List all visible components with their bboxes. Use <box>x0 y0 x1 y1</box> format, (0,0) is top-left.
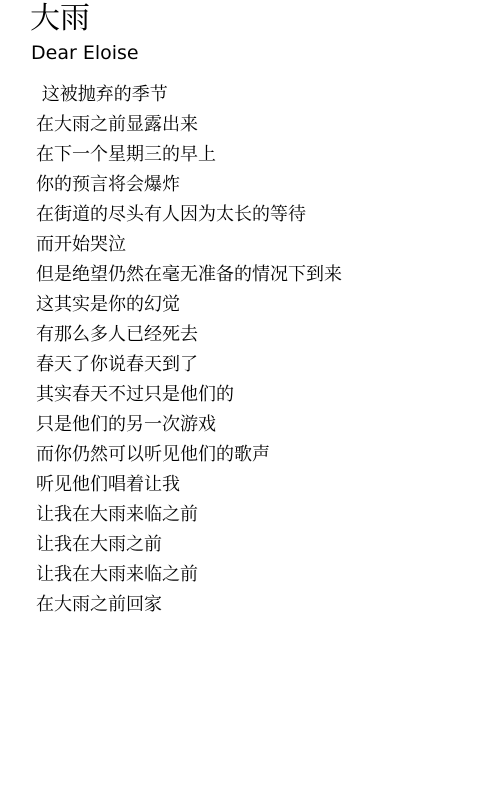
lyric-line: 而开始哭泣 <box>36 230 342 260</box>
lyric-line: 其实春天不过只是他们的 <box>36 380 342 410</box>
lyric-line: 让我在大雨之前 <box>36 530 342 560</box>
lyric-line: 这被抛弃的季节 <box>36 80 342 110</box>
lyric-line: 只是他们的另一次游戏 <box>36 410 342 440</box>
lyric-line: 让我在大雨来临之前 <box>36 560 342 590</box>
lyric-line: 在街道的尽头有人因为太长的等待 <box>36 200 342 230</box>
lyric-line: 在大雨之前回家 <box>36 590 342 620</box>
lyric-line: 但是绝望仍然在毫无准备的情况下到来 <box>36 260 342 290</box>
artist-name: Dear Eloise <box>31 41 139 65</box>
lyric-line: 在下一个星期三的早上 <box>36 140 342 170</box>
lyric-line: 你的预言将会爆炸 <box>36 170 342 200</box>
lyric-line: 听见他们唱着让我 <box>36 470 342 500</box>
lyric-line: 在大雨之前显露出来 <box>36 110 342 140</box>
lyric-line: 让我在大雨来临之前 <box>36 500 342 530</box>
lyric-line: 这其实是你的幻觉 <box>36 290 342 320</box>
lyric-line: 有那么多人已经死去 <box>36 320 342 350</box>
lyric-line: 春天了你说春天到了 <box>36 350 342 380</box>
lyric-line: 而你仍然可以听见他们的歌声 <box>36 440 342 470</box>
song-title: 大雨 <box>30 2 90 36</box>
lyrics-list: 这被抛弃的季节 在大雨之前显露出来 在下一个星期三的早上 你的预言将会爆炸 在街… <box>36 80 342 620</box>
